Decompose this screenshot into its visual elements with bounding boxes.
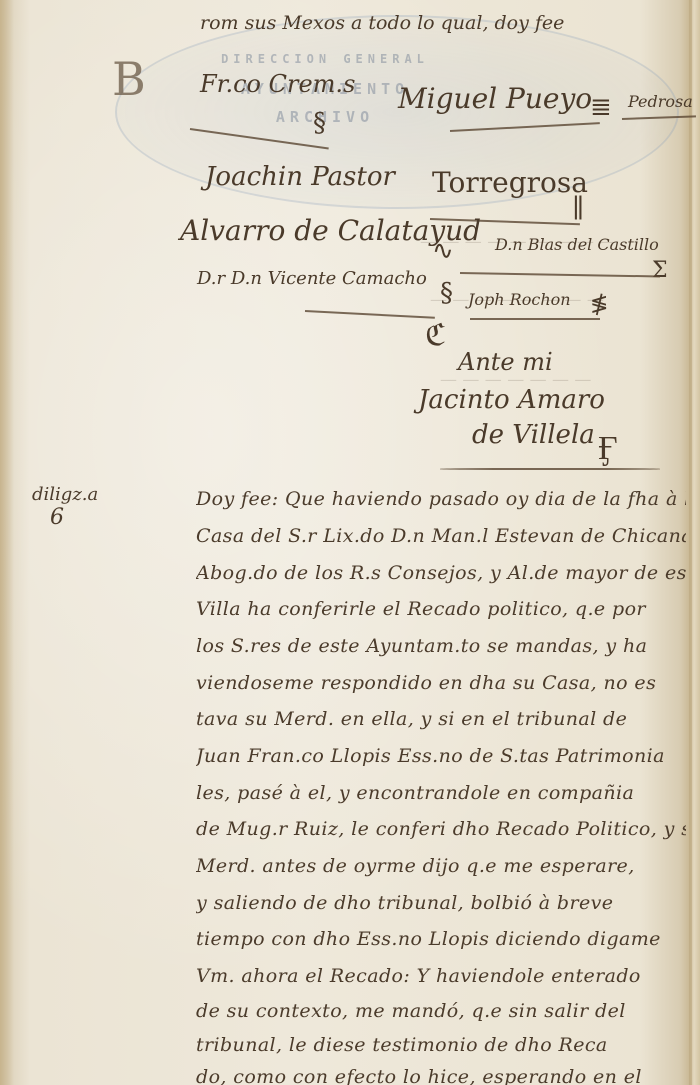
body-line-1: Doy fee: Que haviendo pasado oy dia de l… [196, 488, 686, 510]
body-line-15: de su contexto, me mandó, q.e sin salir … [196, 1000, 686, 1022]
signature-underline [305, 310, 435, 319]
signature-underline [470, 318, 600, 320]
rubric-flourish-icon: § [313, 108, 326, 138]
signature-underline [460, 272, 660, 277]
attestation-notary-name: Jacinto Amaro [418, 385, 605, 415]
signature-joseph-rochon: Joph Rochon [468, 290, 571, 309]
body-line-14: Vm. ahora el Recado: Y haviendole entera… [196, 965, 686, 987]
signature-joachin-pastor: Joachin Pastor [205, 162, 395, 192]
body-line-8: Juan Fran.co Llopis Ess.no de S.tas Patr… [196, 745, 686, 767]
body-line-17: do, como con efecto lo hice, esperando e… [196, 1066, 686, 1085]
rubric-flourish-icon: Ʃ [652, 258, 668, 283]
signature-pedrosa: Pedrosa [628, 92, 693, 111]
body-line-13: tiempo con dho Ess.no Llopis diciendo di… [196, 928, 686, 950]
body-line-12: y saliendo de dho tribunal, bolbió à bre… [196, 892, 686, 914]
body-line-4: Villa ha conferirle el Recado politico, … [196, 598, 686, 620]
margin-note-number: 6 [50, 505, 64, 530]
page-edge [689, 0, 692, 1085]
body-line-7: tava su Merd. en ella, y si en el tribun… [196, 708, 686, 730]
monogram-signature: B [112, 52, 146, 106]
rubric-flourish-icon: ∿ [432, 236, 454, 266]
rubric-flourish-icon: ≣ [590, 92, 612, 122]
signature-fr-crem: Fr.co Crem.s [200, 70, 355, 98]
body-line-3: Abog.do de los R.s Consejos, y Al.de may… [196, 562, 686, 584]
header-line: rom sus Mexos a todo lo qual, doy fee [200, 12, 564, 34]
rubric-flourish-icon: ≸ [590, 292, 608, 317]
signature-miguel-pueyo: Miguel Pueyo [398, 82, 592, 115]
rubric-flourish-icon: ∥ [572, 194, 584, 224]
margin-note-text: diligz.a [32, 484, 98, 505]
notary-rubric-icon: Ӻ [598, 428, 618, 468]
margin-note: diligz.a 6 [32, 484, 98, 530]
body-line-5: los S.res de este Ayuntam.to se mandas, … [196, 635, 686, 657]
signature-blas-del-castillo: D.n Blas del Castillo [495, 235, 659, 254]
body-line-11: Merd. antes de oyrme dijo q.e me esperar… [196, 855, 686, 877]
notary-rubric-line [440, 468, 660, 470]
rubric-flourish-icon: ℭ [425, 318, 446, 353]
manuscript-page: DIRECCION GENERAL AYUNTAMIENTO ARCHIVO —… [0, 0, 700, 1085]
body-line-16: tribunal, le diese testimonio de dho Rec… [196, 1034, 686, 1056]
attestation-ante-mi: Ante mi [458, 348, 553, 376]
body-line-6: viendoseme respondido en dha su Casa, no… [196, 672, 686, 694]
stamp-line-1: DIRECCION GENERAL [160, 52, 490, 66]
body-line-9: les, pasé à el, y encontrandole en compa… [196, 782, 686, 804]
binding-shadow [0, 0, 14, 1085]
body-line-2: Casa del S.r Lix.do D.n Man.l Estevan de… [196, 525, 686, 547]
signature-vicente-camacho: D.r D.n Vicente Camacho [197, 268, 427, 289]
signature-torregrosa: Torregrosa [432, 166, 588, 199]
attestation-notary-surname: de Villela [472, 420, 595, 450]
body-line-10: de Mug.r Ruiz, le conferi dho Recado Pol… [196, 818, 686, 840]
rubric-flourish-icon: § [440, 278, 453, 308]
